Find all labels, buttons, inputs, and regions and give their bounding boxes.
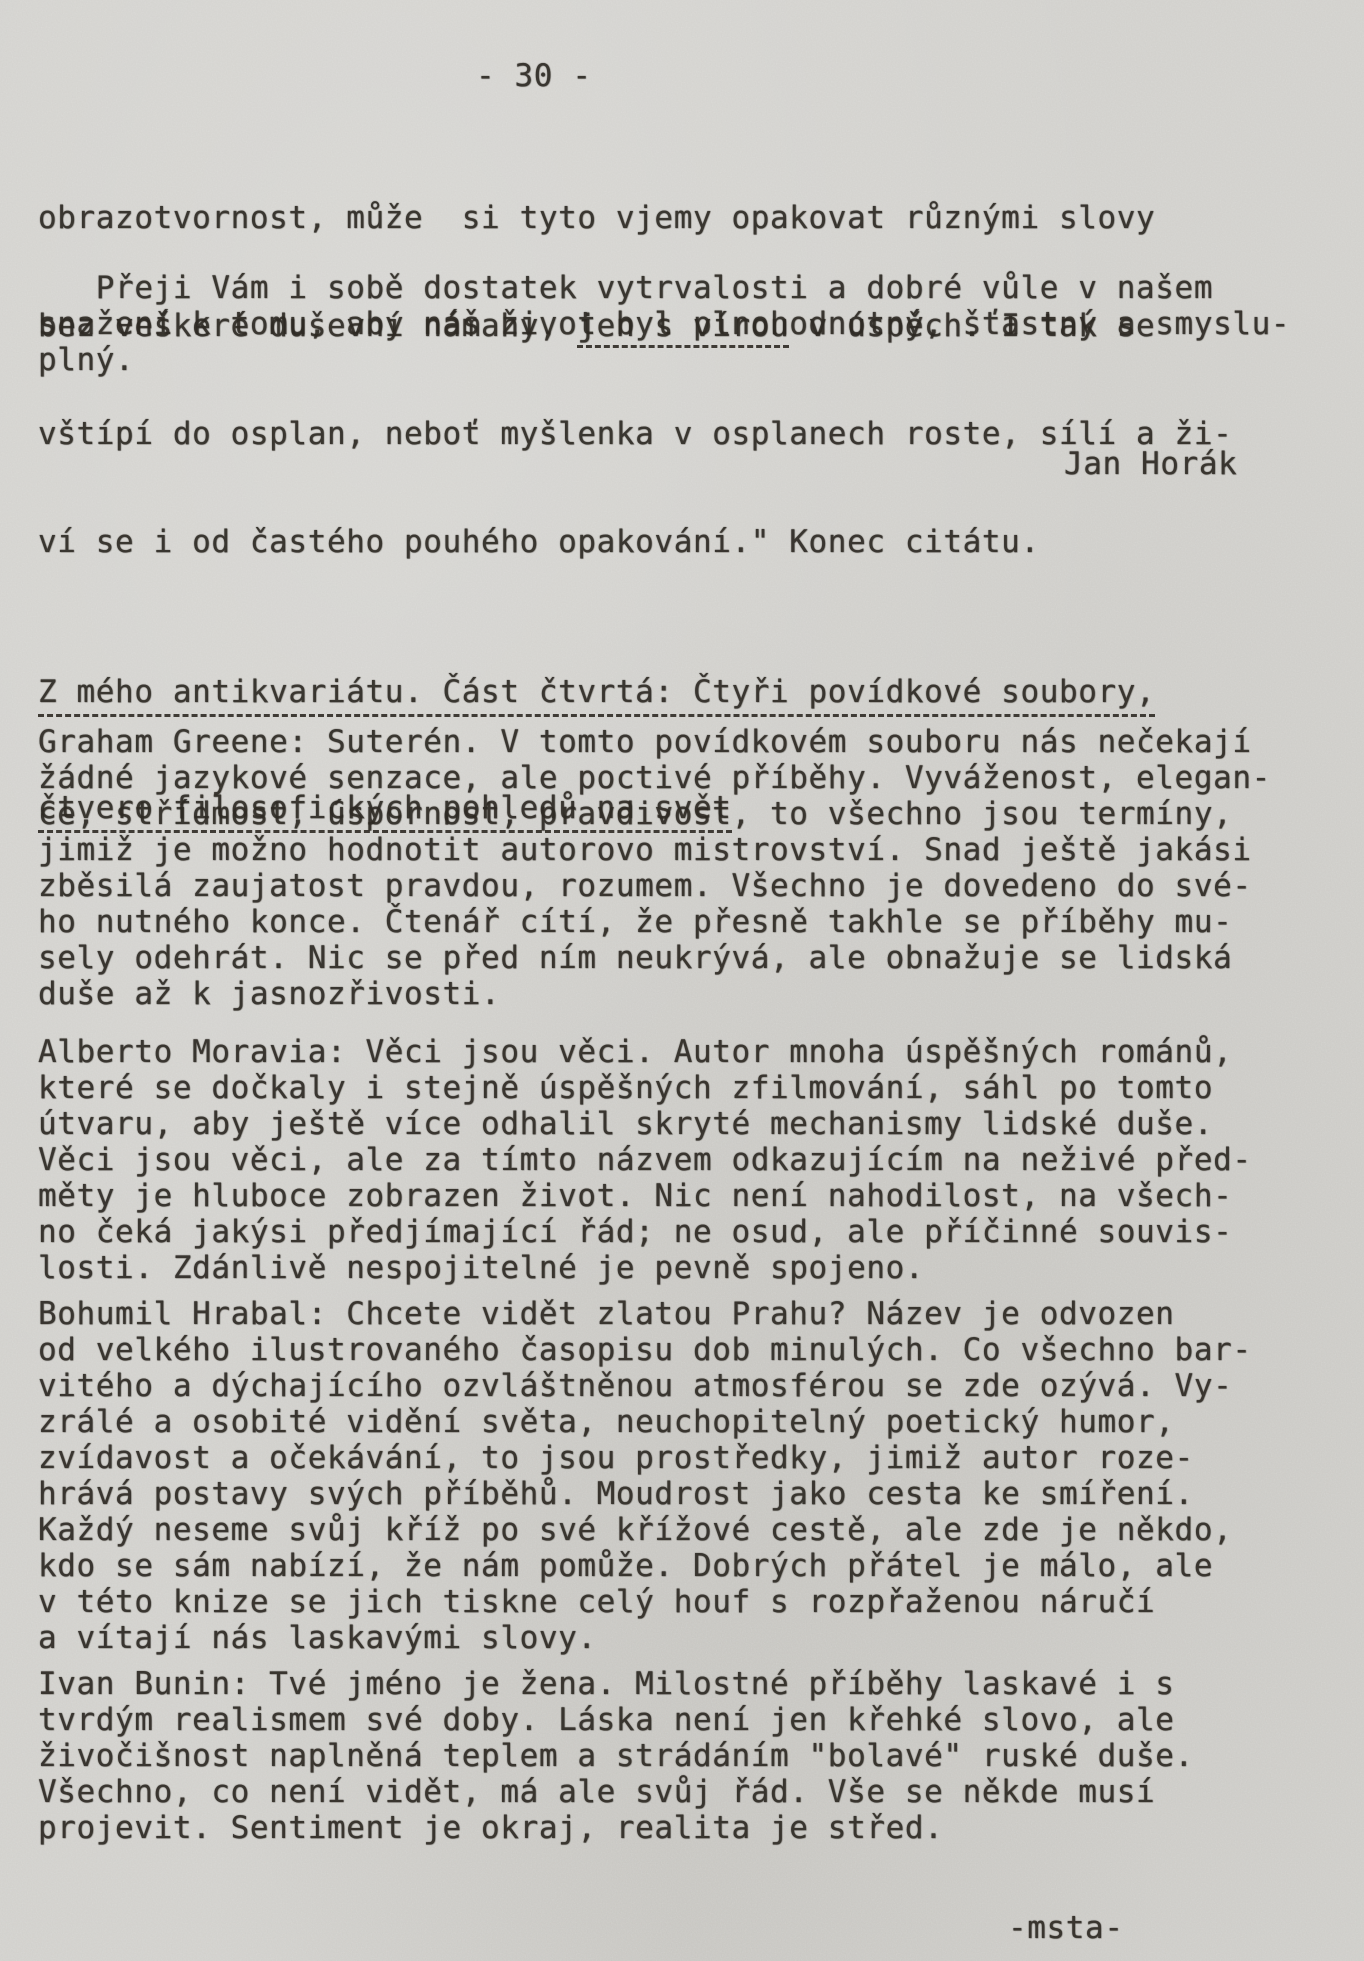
section-heading-line-1: Z mého antikvariátu. Část čtvrtá: Čtyři … xyxy=(38,674,1155,718)
quote-line-4: ví se i od častého pouhého opakování." K… xyxy=(38,524,1232,560)
quote-line-1: obrazotvornost, může si tyto vjemy opako… xyxy=(38,200,1232,236)
review-greene: Graham Greene: Suterén. V tomto povídkov… xyxy=(38,724,1271,1012)
review-hrabal: Bohumil Hrabal: Chcete vidět zlatou Prah… xyxy=(38,1296,1252,1656)
section-heading-underline-1: Z mého antikvariátu. Část čtvrtá: Čtyři … xyxy=(38,674,1155,717)
page-number: - 30 - xyxy=(476,58,592,94)
wish-paragraph: Přeji Vám i sobě dostatek vytrvalosti a … xyxy=(38,270,1290,378)
author-signature: Jan Horák xyxy=(1064,446,1237,482)
review-moravia: Alberto Moravia: Věci jsou věci. Autor m… xyxy=(38,1034,1252,1286)
quote-line-3: vštípí do osplan, neboť myšlenka v ospla… xyxy=(38,416,1232,452)
review-bunin: Ivan Bunin: Tvé jméno je žena. Milostné … xyxy=(38,1666,1194,1846)
typist-mark: -msta- xyxy=(1008,1910,1124,1946)
document-page: - 30 - obrazotvornost, může si tyto vjem… xyxy=(0,0,1364,1961)
quote-closing-paragraph: obrazotvornost, může si tyto vjemy opako… xyxy=(38,128,1232,632)
